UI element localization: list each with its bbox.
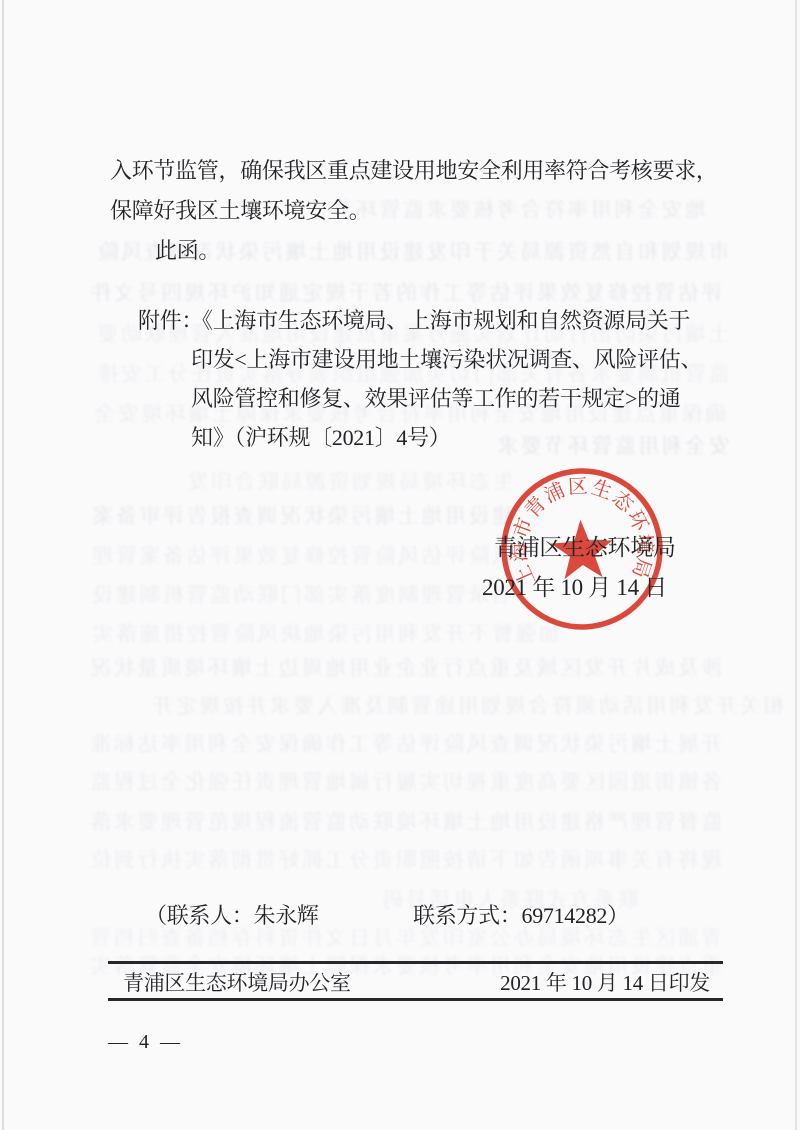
footer-rule-top	[108, 961, 723, 964]
attachment-line-2: 印发<上海市建设用地土壤污染状况调查、风险评估、	[191, 345, 702, 375]
attachment-line-4: 知》（沪环规〔2021〕4号）	[191, 423, 451, 453]
body-line-2: 保障好我区土壤环境安全。	[110, 196, 370, 226]
scanned-official-letter-page: 地安全利用率符合考核要求监管环节市规划和自然资源局关于印发建设用地土壤污染状况调…	[0, 0, 800, 1130]
bleedthrough-line: 加强暂不开发利用污染地块风险管控措施落实	[90, 618, 560, 648]
bleedthrough-line: 各镇街道园区要高度重视切实履行属地管理责任强化全过程监	[88, 766, 723, 796]
signature-date: 2021 年 10 月 14 日	[482, 573, 667, 603]
contact-person: （联系人：朱永辉	[145, 901, 319, 931]
bleedthrough-line: 监督管理严格建设用地土壤环境联动监管流程规范管理要求落	[88, 806, 723, 836]
footer-office: 青浦区生态环境局办公室	[123, 968, 351, 998]
bleedthrough-line: 开展土壤污染状况调查风险评估等工作确保安全利用率达标准	[88, 728, 723, 758]
bleedthrough-line: 现将有关事项函告如下请按照职责分工抓好贯彻落实执行到位	[88, 844, 723, 874]
signature-org: 青浦区生态环境局	[494, 533, 676, 563]
bleedthrough-line: 建设用地土壤污染状况调查报告评审备案	[90, 500, 513, 530]
bleedthrough-line: 风险评估风险管控修复效果评估备案管理	[90, 540, 513, 570]
bleedthrough-line: 安全利用监管环节要求	[495, 430, 730, 460]
attachment-line-3: 风险管控和修复、效果评估等工作的若干规定>的通	[191, 384, 681, 414]
bleedthrough-line: 生态环境局规划资源局联合印发	[185, 466, 514, 496]
bleedthrough-line: 相关开发利用活动须符合规划用途管制及准入要求并按规定开	[150, 690, 785, 720]
bleedthrough-line: 涉及成片开发区域及重点行业企业用地周边土壤环境质量状况	[88, 652, 723, 682]
footer-rule-bottom	[108, 998, 723, 1001]
body-line-3-cihan: 此函。	[155, 236, 220, 266]
body-line-1: 入环节监管，确保我区重点建设用地安全利用率符合考核要求，	[110, 156, 718, 186]
attachment-line-1: 《上海市生态环境局、上海市规划和自然资源局关于	[191, 306, 690, 336]
bleedthrough-line: 名录管理制度落实部门联动监管机制建设	[90, 579, 513, 609]
contact-phone: 联系方式：69714282）	[413, 901, 629, 931]
bleedthrough-line: 地安全利用率符合考核要求监管环节	[330, 194, 706, 224]
footer-print-date: 2021 年 10 月 14 日印发	[500, 968, 710, 998]
page-number: — 4 —	[108, 1027, 183, 1057]
bleedthrough-line: 评估管控修复效果评估等工作的若干规定通知沪环规四号文件	[88, 277, 723, 307]
